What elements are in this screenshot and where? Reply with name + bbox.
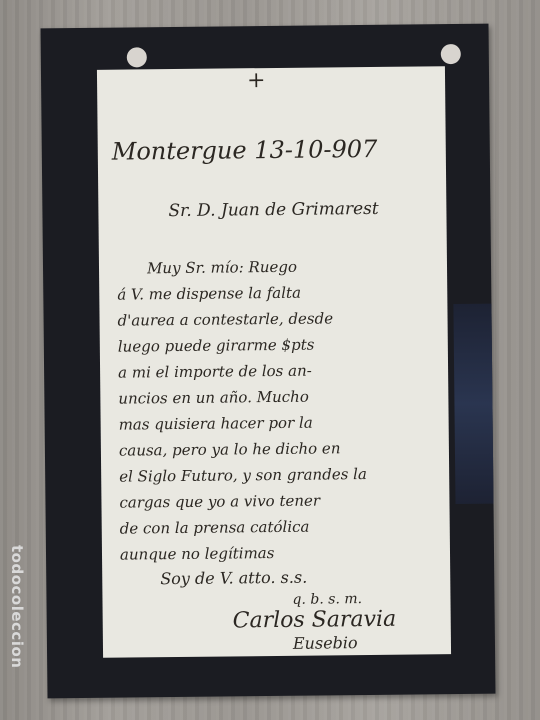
body-line: el Siglo Futuro, y son grandes la [119, 464, 449, 485]
body-line: aunque no legítimas [120, 542, 450, 563]
body-line: mas quisiera hacer por la [119, 412, 449, 433]
body-line: d'aurea a contestarle, desde [117, 308, 447, 329]
closing-abbrev: q. b. s. m. [292, 590, 450, 608]
cross-mark: + [247, 68, 266, 93]
watermark: todocoleccion [8, 545, 26, 668]
punch-hole-right [441, 44, 461, 64]
addressee: Sr. D. Juan de Grimarest [168, 198, 446, 221]
signature-second-line: Eusebio [293, 632, 451, 653]
body-line: causa, pero ya lo he dicho en [119, 438, 449, 459]
body-line: uncios en un año. Mucho [118, 386, 448, 407]
punch-hole-left [127, 47, 147, 67]
body-line: cargas que yo a vivo tener [119, 490, 449, 511]
body-line: a mi el importe de los an- [118, 360, 448, 381]
card-edge-reflection [453, 304, 493, 504]
body-line: luego puede girarme $pts [118, 334, 448, 355]
body-line: á V. me dispense la falta [117, 282, 447, 303]
handwritten-letter: + Montergue 13-10-907 Sr. D. Juan de Gri… [97, 66, 451, 658]
closing: Soy de V. atto. s.s. [160, 566, 450, 588]
signature: Carlos Saravia [233, 606, 451, 633]
body-line: Muy Sr. mío: Ruego [147, 256, 447, 277]
body-line: de con la prensa católica [120, 516, 450, 537]
place-date: Montergue 13-10-907 [112, 134, 446, 165]
